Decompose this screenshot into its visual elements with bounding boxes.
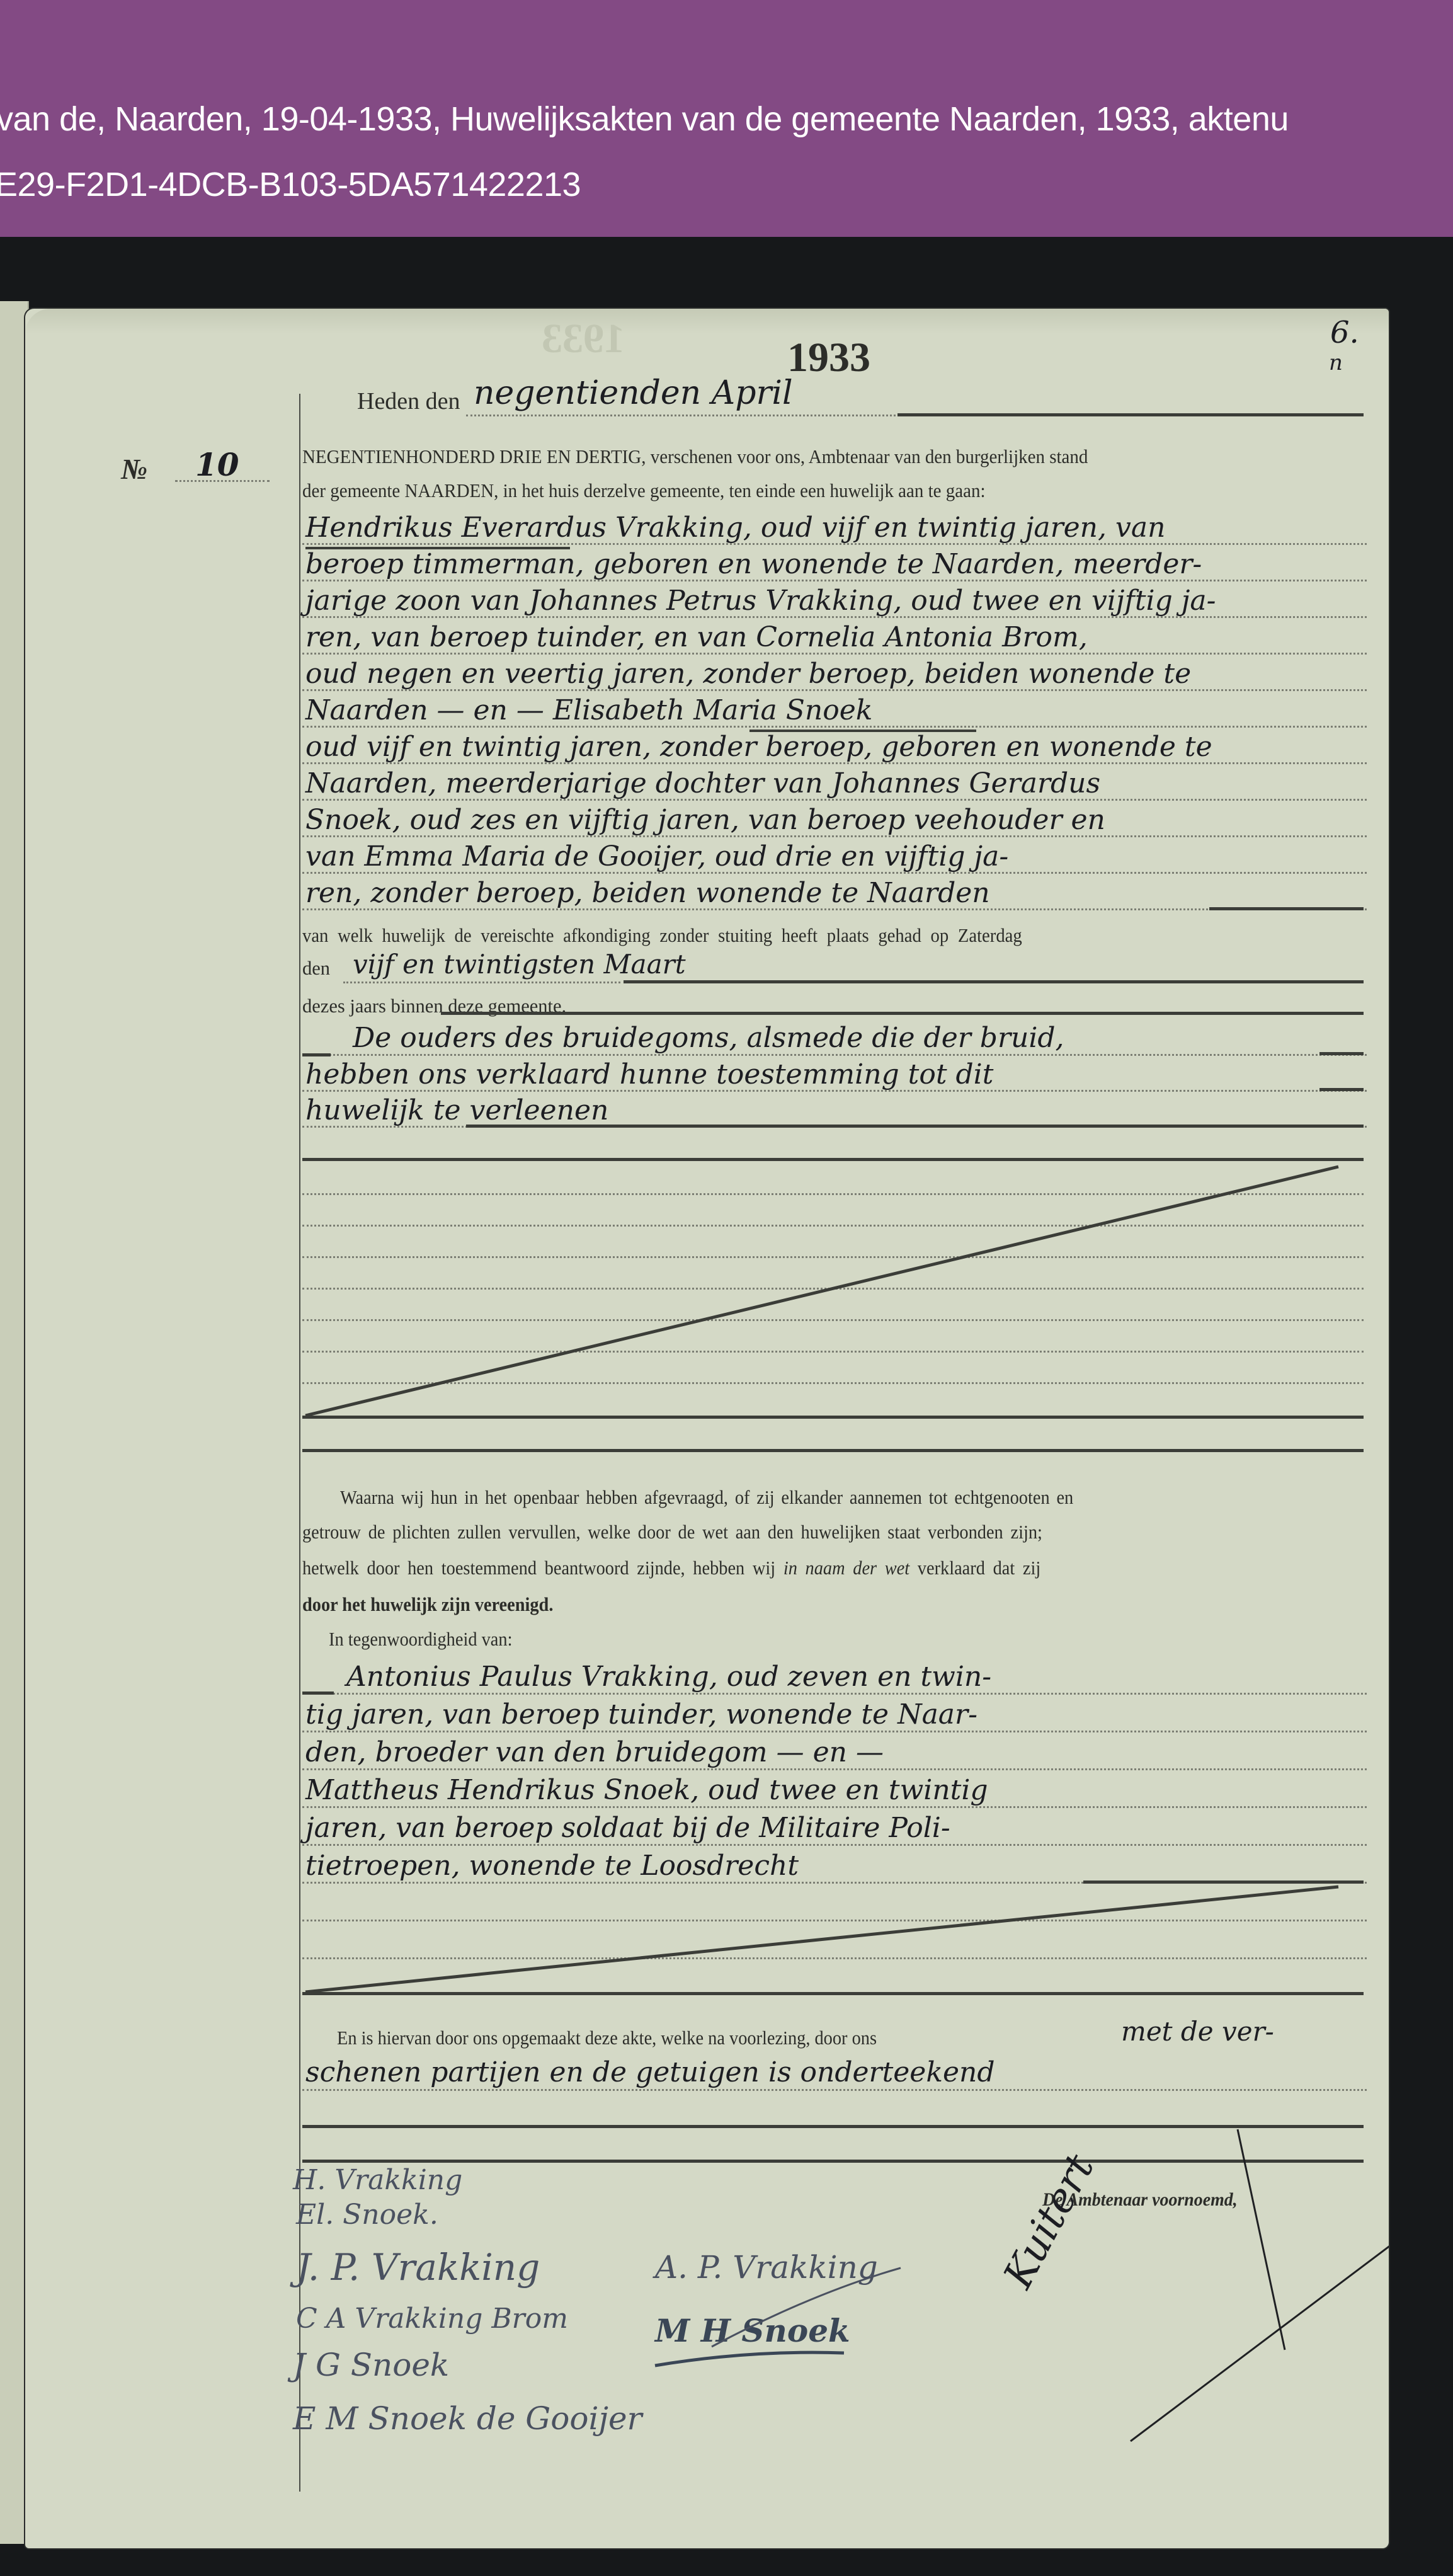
pen-strokes-overlay: [25, 309, 1389, 2548]
record-id: E29-F2D1-4DCB-B103-5DA571422213: [0, 165, 581, 204]
record-header: van de, Naarden, 19-04-1933, Huwelijksak…: [0, 0, 1453, 237]
record-title: van de, Naarden, 19-04-1933, Huwelijksak…: [0, 100, 1289, 139]
document-page: 1933 1933 6. n № 10 Heden den negentiend…: [25, 309, 1389, 2548]
